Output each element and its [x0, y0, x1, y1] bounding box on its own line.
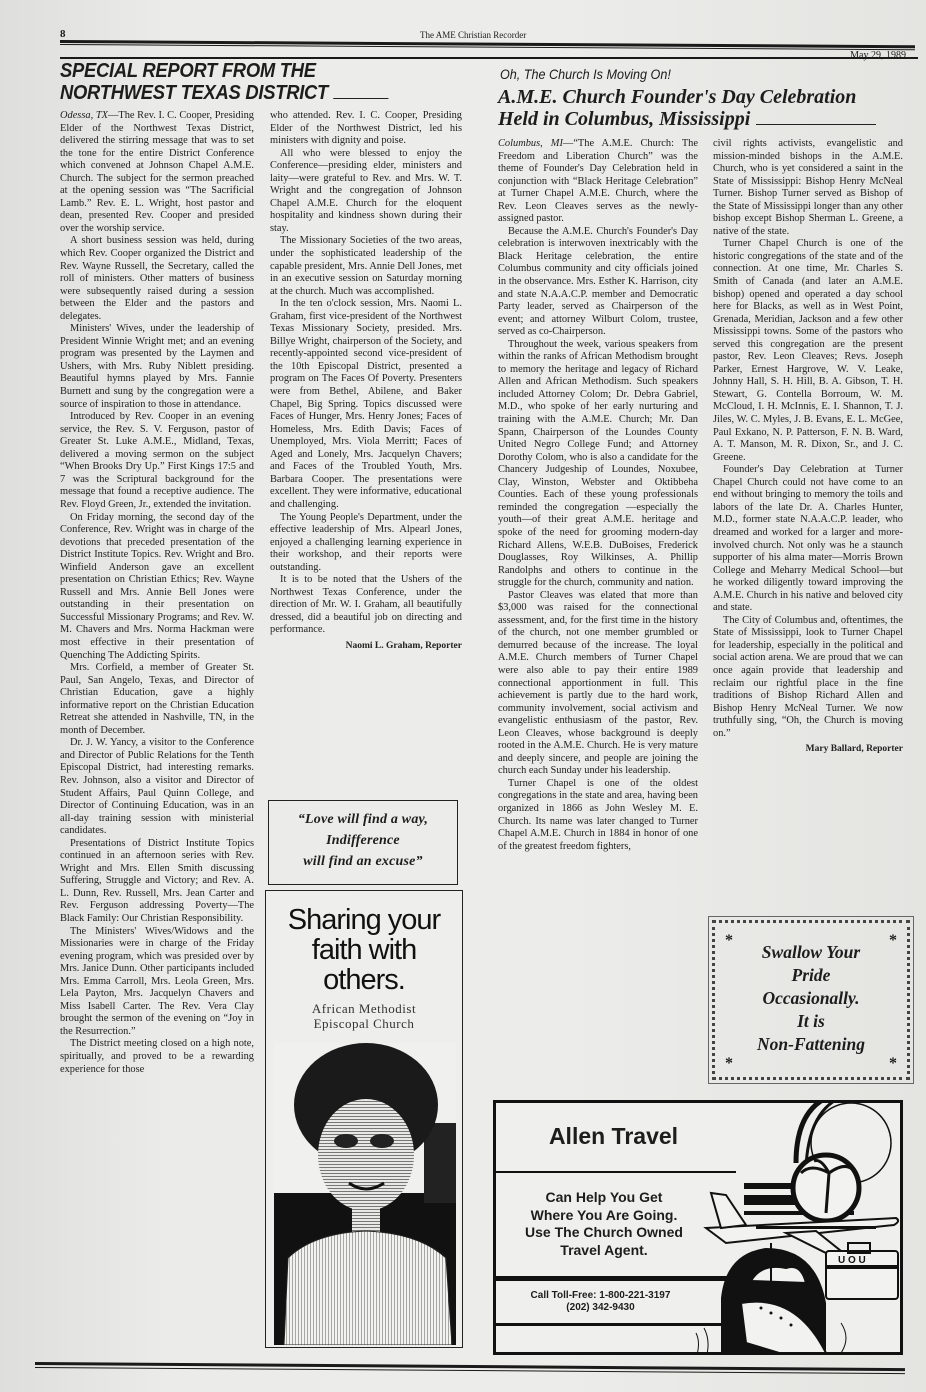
headline-rule	[756, 124, 876, 125]
article-left-headline: SPECIAL REPORT FROM THE NORTHWEST TEXAS …	[60, 60, 439, 104]
paragraph: Turner Chapel is one of the oldest congr…	[498, 778, 698, 853]
quote-line: will find an excuse”	[269, 851, 457, 872]
newspaper-page: 8 The AME Christian Recorder May 29, 198…	[0, 0, 926, 1392]
dateline: Columbus, MI	[498, 138, 563, 149]
header-rule-lower	[60, 57, 918, 59]
article-right-column-2: civil rights activists, evangelistic and…	[713, 138, 903, 756]
paragraph: On Friday morning, the second day of the…	[60, 512, 254, 663]
svg-text:U O U: U O U	[838, 1255, 866, 1266]
ad-headline-line: Sharing your	[266, 905, 462, 935]
article-left-column-1: Odessa, TX—The Rev. I. C. Cooper, Presid…	[60, 110, 254, 1076]
headline-line: SPECIAL REPORT FROM THE	[60, 60, 439, 82]
ad-sponsor-line: Episcopal Church	[266, 1016, 462, 1031]
pitch-line: Can Help You Get	[504, 1189, 704, 1207]
portrait-illustration-icon	[274, 1043, 456, 1345]
paragraph: Because the A.M.E. Church's Founder's Da…	[498, 226, 698, 339]
paragraph: All who were blessed to enjoy the Confer…	[270, 148, 462, 236]
paragraph: civil rights activists, evangelistic and…	[713, 138, 903, 238]
ad-pitch: Can Help You Get Where You Are Going. Us…	[504, 1189, 704, 1259]
pitch-line: Travel Agent.	[504, 1242, 704, 1260]
asterisk-icon: *	[889, 929, 897, 952]
paragraph: The Young People's Department, under the…	[270, 512, 462, 575]
quote-box: “Love will find a way, Indifference will…	[268, 800, 458, 885]
toll-free-number: Call Toll-Free: 1-800-221-3197	[508, 1290, 693, 1302]
paragraph: Founder's Day Celebration at Turner Chap…	[713, 464, 903, 615]
paragraph: Introduced by Rev. Cooper in an evening …	[60, 411, 254, 511]
paragraph: The City of Columbus and, oftentimes, th…	[713, 615, 903, 740]
paragraph: who attended. Rev. I. C. Cooper, Presidi…	[270, 110, 462, 148]
reporter-byline: Naomi L. Graham, Reporter	[270, 640, 462, 653]
article-right-column-1: Columbus, MI—“The A.M.E. Church: The Fre…	[498, 138, 698, 853]
paragraph: Pastor Cleaves was elated that more than…	[498, 590, 698, 778]
quote-line: Indifference	[269, 830, 457, 851]
paragraph: Turner Chapel Church is one of the histo…	[713, 238, 903, 464]
local-phone-number: (202) 342-9430	[508, 1302, 693, 1314]
paragraph: Mrs. Corfield, a member of Greater St. P…	[60, 662, 254, 737]
paragraph: Dr. J. W. Yancy, a visitor to the Confer…	[60, 737, 254, 837]
allen-travel-advertisement: U O U Allen Travel Can Help You Get Wher…	[493, 1100, 903, 1355]
pitch-line: Where You Are Going.	[504, 1207, 704, 1225]
paragraph: The Missionary Societies of the two area…	[270, 235, 462, 298]
paragraph: Ministers' Wives, under the leadership o…	[60, 323, 254, 411]
paragraph: In the ten o'clock session, Mrs. Naomi L…	[270, 298, 462, 511]
paragraph: —The Rev. I. C. Cooper, Presiding Elder …	[60, 110, 254, 234]
article-right-headline: A.M.E. Church Founder's Day Celebration …	[498, 86, 918, 130]
publication-title: The AME Christian Recorder	[420, 30, 526, 40]
ame-faith-advertisement: Sharing your faith with others. African …	[265, 890, 463, 1348]
pitch-line: Use The Church Owned	[504, 1224, 704, 1242]
asterisk-icon: *	[889, 1052, 897, 1075]
pride-quote-box: * * * * Swallow Your Pride Occasionally.…	[712, 920, 910, 1080]
headline-line: NORTHWEST TEXAS DISTRICT	[60, 82, 328, 104]
paragraph: Presentations of District Institute Topi…	[60, 838, 254, 926]
article-left-column-2: who attended. Rev. I. C. Cooper, Presidi…	[270, 110, 462, 653]
headline-rule	[334, 98, 389, 99]
agency-name: Allen Travel	[526, 1123, 701, 1150]
contact-info: Call Toll-Free: 1-800-221-3197 (202) 342…	[508, 1290, 693, 1314]
paragraph: A short business session was held, durin…	[60, 235, 254, 323]
pride-line: Occasionally.	[715, 987, 907, 1010]
asterisk-icon: *	[725, 1052, 733, 1075]
issue-date: May 29, 1989	[850, 50, 906, 61]
quote-line: “Love will find a way,	[269, 809, 457, 830]
paragraph: The Ministers' Wives/Widows and the Miss…	[60, 926, 254, 1039]
ad-headline-line: others.	[266, 965, 462, 995]
paragraph: Throughout the week, various speakers fr…	[498, 339, 698, 590]
article-kicker: Oh, The Church Is Moving On!	[500, 66, 671, 82]
page-number: 8	[60, 28, 66, 40]
ad-sponsor: African Methodist Episcopal Church	[266, 1001, 462, 1031]
paragraph: —“The A.M.E. Church: The Freedom and Lib…	[498, 138, 698, 224]
paragraph: The District meeting closed on a high no…	[60, 1038, 254, 1076]
pride-line: Swallow Your	[715, 941, 907, 964]
ad-headline-line: faith with	[266, 935, 462, 965]
paragraph: It is to be noted that the Ushers of the…	[270, 574, 462, 637]
pride-line: It is	[715, 1010, 907, 1033]
dateline: Odessa, TX	[60, 110, 108, 121]
pride-line: Non-Fattening	[715, 1033, 907, 1056]
ad-headline: Sharing your faith with others.	[266, 905, 462, 995]
reporter-byline: Mary Ballard, Reporter	[713, 743, 903, 756]
pride-line: Pride	[715, 964, 907, 987]
asterisk-icon: *	[725, 929, 733, 952]
ad-sponsor-line: African Methodist	[266, 1001, 462, 1016]
headline-line: A.M.E. Church Founder's Day Celebration	[498, 86, 918, 108]
headline-line: Held in Columbus, Mississippi	[498, 108, 750, 130]
